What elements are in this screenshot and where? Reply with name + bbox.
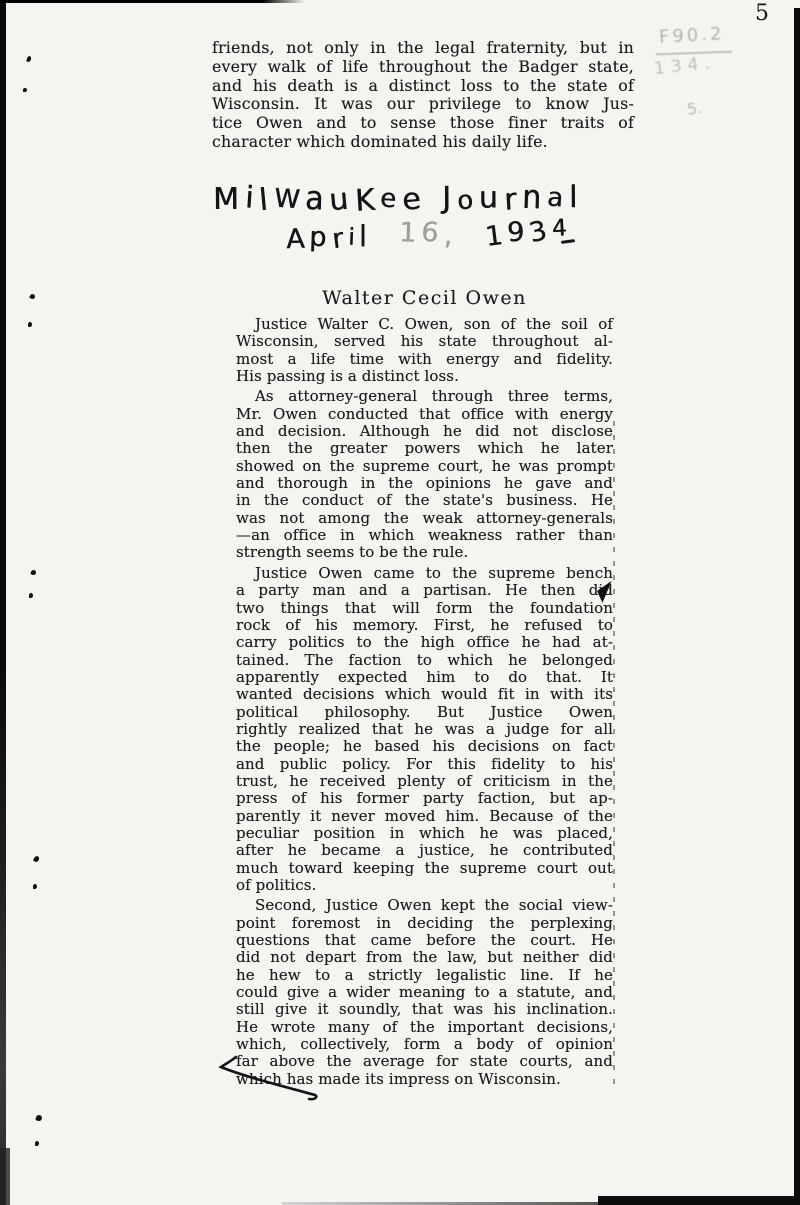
text-line: political philosophy. But Justice Owen: [236, 704, 613, 721]
text-line: press of his former party faction, but a…: [236, 790, 613, 807]
ink-speck: [29, 593, 33, 598]
scan-edge-top: [0, 0, 305, 3]
text-line: Wisconsin. It was our privilege to know …: [212, 95, 634, 114]
text-line: still give it soundly, that was his incl…: [236, 1001, 613, 1018]
ink-speck: [35, 1114, 42, 1121]
text-line: tice Owen and to sense those finer trait…: [212, 114, 634, 133]
handwritten-date-year: 1934: [483, 212, 572, 253]
text-line: As attorney-general through three terms,: [236, 388, 613, 405]
top-clipping-paragraph: friends, not only in the legal fraternit…: [212, 39, 634, 152]
text-line: rightly realized that he was a judge for…: [236, 721, 613, 738]
pencil-annotation-1: F90.2: [658, 23, 724, 47]
text-line: strength seems to be the rule.: [236, 544, 613, 561]
article-body: Justice Walter C. Owen, son of the soil …: [236, 316, 613, 1091]
scanned-newspaper-page: { "page": { "number": "5", "paper_color"…: [0, 0, 800, 1205]
text-line: character which dominated his daily life…: [212, 133, 634, 152]
text-line: parently it never moved him. Because of …: [236, 808, 613, 825]
handwritten-date-month: April: [286, 221, 373, 255]
ink-speck: [28, 322, 32, 327]
article-paragraph: Justice Owen came to the supreme bencha …: [236, 565, 613, 895]
text-line: Second, Justice Owen kept the social vie…: [236, 897, 613, 914]
text-line: a party man and a partisan. He then did: [236, 582, 613, 599]
text-line: Mr. Owen conducted that office with ener…: [236, 406, 613, 423]
text-line: Wisconsin, served his state throughout a…: [236, 333, 613, 350]
article-title: Walter Cecil Owen: [236, 287, 613, 309]
text-line: the people; he based his decisions on fa…: [236, 738, 613, 755]
text-line: Justice Walter C. Owen, son of the soil …: [236, 316, 613, 333]
ink-speck: [30, 569, 36, 575]
text-line: much toward keeping the supreme court ou…: [236, 860, 613, 877]
text-line: and thorough in the opinions he gave and: [236, 475, 613, 492]
text-line: trust, he received plenty of criticism i…: [236, 773, 613, 790]
text-line: he hew to a strictly legalistic line. If…: [236, 967, 613, 984]
scan-edge-right: [794, 8, 800, 1205]
ink-speck: [35, 1141, 39, 1146]
text-line: His passing is a distinct loss.: [236, 368, 613, 385]
text-line: Justice Owen came to the supreme bench: [236, 565, 613, 582]
article-paragraph: As attorney-general through three terms,…: [236, 388, 613, 561]
text-line: rock of his memory. First, he refused to: [236, 617, 613, 634]
text-line: carry politics to the high office he had…: [236, 634, 613, 651]
text-line: apparently expected him to do that. It: [236, 669, 613, 686]
handwritten-source: MilWauKee Journal: [213, 180, 583, 217]
ink-speck: [29, 293, 36, 300]
page-number: 5: [755, 1, 770, 26]
text-line: showed on the supreme court, he was prom…: [236, 458, 613, 475]
pencil-annotation-2: 134.: [653, 53, 717, 79]
text-line: of politics.: [236, 877, 613, 894]
text-line: tained. The faction to which he belonged: [236, 652, 613, 669]
ink-speck: [23, 88, 27, 92]
text-line: wanted decisions which would fit in with…: [236, 686, 613, 703]
text-line: in the conduct of the state's business. …: [236, 492, 613, 509]
ink-speck: [33, 855, 40, 863]
text-line: peculiar position in which he was placed…: [236, 825, 613, 842]
text-line: He wrote many of the important decisions…: [236, 1019, 613, 1036]
scan-edge-left-foot: [0, 1148, 10, 1205]
text-line: every walk of life throughout the Badger…: [212, 58, 634, 77]
text-line: did not depart from the law, but neither…: [236, 949, 613, 966]
text-line: then the greater powers which he later: [236, 440, 613, 457]
text-line: and his death is a distinct loss to the …: [212, 77, 634, 96]
text-line: questions that came before the court. He: [236, 932, 613, 949]
text-line: point foremost in deciding the perplexin…: [236, 915, 613, 932]
text-line: and decision. Although he did not disclo…: [236, 423, 613, 440]
text-line: two things that will form the foundation: [236, 600, 613, 617]
text-line: could give a wider meaning to a statute,…: [236, 984, 613, 1001]
pencil-annotation-3: 5.: [686, 98, 704, 119]
text-line: friends, not only in the legal fraternit…: [212, 39, 634, 58]
ink-speck: [26, 56, 32, 63]
text-line: which, collectively, form a body of opin…: [236, 1036, 613, 1053]
scan-edge-bottom: [598, 1196, 800, 1205]
text-line: after he became a justice, he contribute…: [236, 842, 613, 859]
text-line: most a life time with energy and fidelit…: [236, 351, 613, 368]
article-paragraph: Justice Walter C. Owen, son of the soil …: [236, 316, 613, 385]
handwritten-date-day: 16,: [399, 217, 458, 250]
clipping-torn-edge: [613, 421, 615, 1093]
pen-stroke-mark: [215, 1052, 327, 1116]
text-line: —an office in which weakness rather than: [236, 527, 613, 544]
scan-edge-left: [0, 0, 6, 1205]
text-line: and public policy. For this fidelity to …: [236, 756, 613, 773]
ink-speck: [33, 884, 37, 889]
handwritten-date: April 16, 1934: [286, 214, 586, 255]
text-line: was not among the weak attorney-generals: [236, 510, 613, 527]
